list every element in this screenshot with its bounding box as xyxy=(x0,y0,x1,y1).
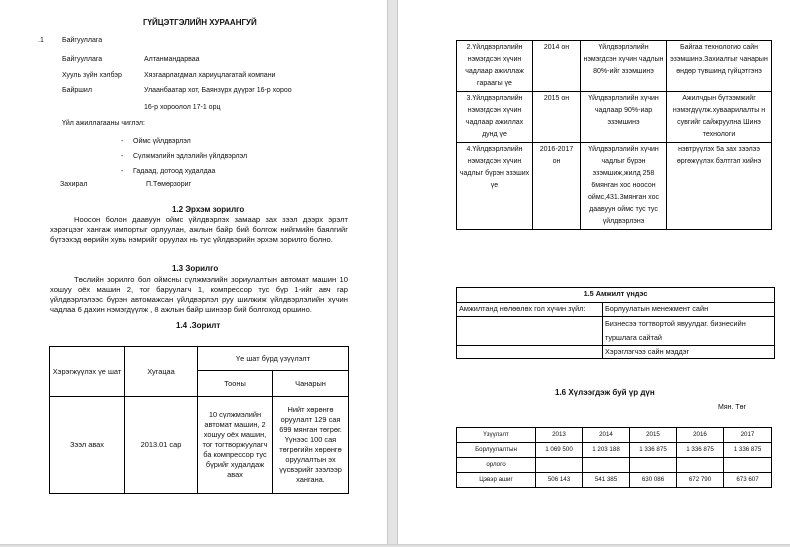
goal-heading: 1.3 Зорилго xyxy=(172,264,218,273)
table-row: Амжилтанд нөлөөлөх гол хүчин зүйл: Борлу… xyxy=(457,303,775,317)
field-label: Байгууллага xyxy=(62,56,102,63)
field-value: 16-р хороолол 17-1 орц xyxy=(144,104,220,111)
cell-quantitative: Үйлдвэрлэлийн хүчин чадлыг бүрэн эзэмшиж… xyxy=(581,143,667,230)
document-title: ГҮЙЦЭТГЭЛИЙН ХУРААНГУЙ xyxy=(143,18,257,27)
cell-value xyxy=(536,458,583,473)
director-value: П.Төмөрзориг xyxy=(146,181,191,188)
section-heading: Байгууллага xyxy=(62,37,102,44)
cell-value: 672 790 xyxy=(677,473,724,488)
header-qualitative: Чанарын xyxy=(273,371,349,397)
table-row: 2.Үйлдвэрлэлийн нэмэгдсэн хүчин чадлаар … xyxy=(457,41,772,92)
cell-period: 2014 он xyxy=(533,41,581,92)
table-row: Хэрэглэгчээ сайн мэддэг xyxy=(457,346,775,359)
table-row: 3.Үйлдвэрлэлийн нэмэгдсэн хүчин чадлаар … xyxy=(457,92,772,143)
header-indicators: Үе шат бүрд үзүүлэлт xyxy=(198,347,349,371)
cell-qualitative: Нийт хөрөнгө оруулалт 129 сая 699 мянган… xyxy=(273,397,349,494)
column-header: 2015 xyxy=(630,428,677,443)
cell-value: 541 385 xyxy=(583,473,630,488)
cell-value xyxy=(630,458,677,473)
field-value: Алтанмандарваа xyxy=(144,56,200,63)
column-header: 2014 xyxy=(583,428,630,443)
cell-stage: 4.Үйлдвэрлэлийн нэмэгдсэн хүчин чадлыг б… xyxy=(457,143,533,230)
empty-cell xyxy=(457,346,603,359)
cell-stage: Зээл авах xyxy=(50,397,125,494)
field-value: Хязгаарлагдмал хариуцлагатай компани xyxy=(144,72,275,79)
stage-table: 2.Үйлдвэрлэлийн нэмэгдсэн хүчин чадлаар … xyxy=(456,40,772,230)
success-factor: Хэрэглэгчээ сайн мэддэг xyxy=(603,346,775,359)
column-header: 2016 xyxy=(677,428,724,443)
cell-value: 1 203 188 xyxy=(583,443,630,458)
success-label: Амжилтанд нөлөөлөх гол хүчин зүйл: xyxy=(457,303,603,317)
cell-value: 1 336 875 xyxy=(677,443,724,458)
field-label: Хууль зүйн хэлбэр xyxy=(62,72,122,79)
activity-label: Үйл ажиллагааны чиглэл: xyxy=(62,120,145,127)
success-heading: 1.5 Амжилт үндэс xyxy=(457,288,775,303)
cell-duration: 2013.01 сар xyxy=(125,397,198,494)
column-header: Үзүүлэлт xyxy=(457,428,536,443)
header-quantitative: Тооны xyxy=(198,371,273,397)
activity-item: Гадаад, дотоод худалдаа xyxy=(133,168,215,175)
bullet-icon: - xyxy=(121,138,123,145)
director-label: Захирал xyxy=(60,181,87,188)
success-factor: Бизнесээ тогтвортой явуулдаг. бизнесийн … xyxy=(603,317,775,346)
mission-text: Ноосон болон даавуун оймс үйлдвэрлэх зам… xyxy=(50,215,348,245)
cell-value xyxy=(677,458,724,473)
field-value: Улаанбаатар хот, Баянзүрх дүүрэг 16-р хо… xyxy=(144,87,292,94)
row-label: Цэвэр ашиг xyxy=(457,473,536,488)
document-page-right: 2.Үйлдвэрлэлийн нэмэгдсэн хүчин чадлаар … xyxy=(397,0,790,544)
header-duration: Хугацаа xyxy=(125,347,198,397)
cell-period: 2016-2017 он xyxy=(533,143,581,230)
table-row: орлого xyxy=(457,458,772,473)
cell-value: 1 336 875 xyxy=(724,443,772,458)
table-row: Цэвэр ашиг 506 143 541 385 630 086 672 7… xyxy=(457,473,772,488)
table-row: Зээл авах 2013.01 сар 10 сүлжмэлийн авто… xyxy=(50,397,349,494)
cell-quantitative: Үйлдвэрлэлийн хүчин чадлаар 90%-иар эзэм… xyxy=(581,92,667,143)
table-header-row: Үзүүлэлт 2013 2014 2015 2016 2017 xyxy=(457,428,772,443)
table-row: Борлуулалтын 1 069 500 1 203 188 1 336 8… xyxy=(457,443,772,458)
success-factors-table: 1.5 Амжилт үндэс Амжилтанд нөлөөлөх гол … xyxy=(456,287,775,359)
cell-value: 1 069 500 xyxy=(536,443,583,458)
mission-heading: 1.2 Эрхэм зорилго xyxy=(172,205,244,214)
cell-qualitative: Байгаа технологио сайн эзэмшинэ.Захиалгы… xyxy=(667,41,772,92)
bullet-icon: - xyxy=(121,168,123,175)
column-header: 2017 xyxy=(724,428,772,443)
cell-value xyxy=(724,458,772,473)
cell-stage: 3.Үйлдвэрлэлийн нэмэгдсэн хүчин чадлаар … xyxy=(457,92,533,143)
cell-value: 1 336 875 xyxy=(630,443,677,458)
document-page-left: ГҮЙЦЭТГЭЛИЙН ХУРААНГУЙ .1 Байгууллага Ба… xyxy=(0,0,388,544)
unit-label: Мян. Төг xyxy=(718,404,746,411)
column-header: 2013 xyxy=(536,428,583,443)
row-label: орлого xyxy=(457,458,536,473)
activity-item: Оймс үйлдвэрлэл xyxy=(133,138,191,145)
cell-value: 673 607 xyxy=(724,473,772,488)
cell-stage: 2.Үйлдвэрлэлийн нэмэгдсэн хүчин чадлаар … xyxy=(457,41,533,92)
results-heading: 1.6 Хүлээгдэж буй үр дүн xyxy=(555,388,655,397)
cell-value xyxy=(583,458,630,473)
objectives-table: Хэрэгжүүлэх үе шат Хугацаа Үе шат бүрд ү… xyxy=(49,346,349,494)
section-number: .1 xyxy=(38,37,44,44)
cell-quantitative: Үйлдвэрлэлийн нэмэгдсэн хүчин чадлын 80%… xyxy=(581,41,667,92)
cell-value: 506 143 xyxy=(536,473,583,488)
bullet-icon: - xyxy=(121,153,123,160)
header-stage: Хэрэгжүүлэх үе шат xyxy=(50,347,125,397)
goal-text: Төслийн зорилго бол оймсны сүлжмэлийн зо… xyxy=(50,275,348,315)
cell-qualitative: Ажилчдын бүтээмжийг нэмэгдүүлж.хуваарила… xyxy=(667,92,772,143)
cell-quantitative: 10 сүлжмэлийн автомат машин, 2 хошуу оёх… xyxy=(198,397,273,494)
table-row: Бизнесээ тогтвортой явуулдаг. бизнесийн … xyxy=(457,317,775,346)
cell-value: 630 086 xyxy=(630,473,677,488)
row-label: Борлуулалтын xyxy=(457,443,536,458)
page-gutter xyxy=(388,0,397,547)
cell-qualitative: нэвтрүүлэх 5а зах зээлээ өргөжүүлэх бэлт… xyxy=(667,143,772,230)
activity-item: Сүлжмэлийн эдлэлийн үйлдвэрлэл xyxy=(133,153,247,160)
success-factor: Борлуулатын менежмент сайн xyxy=(603,303,775,317)
cell-period: 2015 он xyxy=(533,92,581,143)
objectives-heading: 1.4 .Зорилт xyxy=(176,321,220,330)
empty-cell xyxy=(457,317,603,346)
table-row: 4.Үйлдвэрлэлийн нэмэгдсэн хүчин чадлыг б… xyxy=(457,143,772,230)
field-label: Байршил xyxy=(62,87,92,94)
expected-results-table: Үзүүлэлт 2013 2014 2015 2016 2017 Борлуу… xyxy=(456,427,772,488)
